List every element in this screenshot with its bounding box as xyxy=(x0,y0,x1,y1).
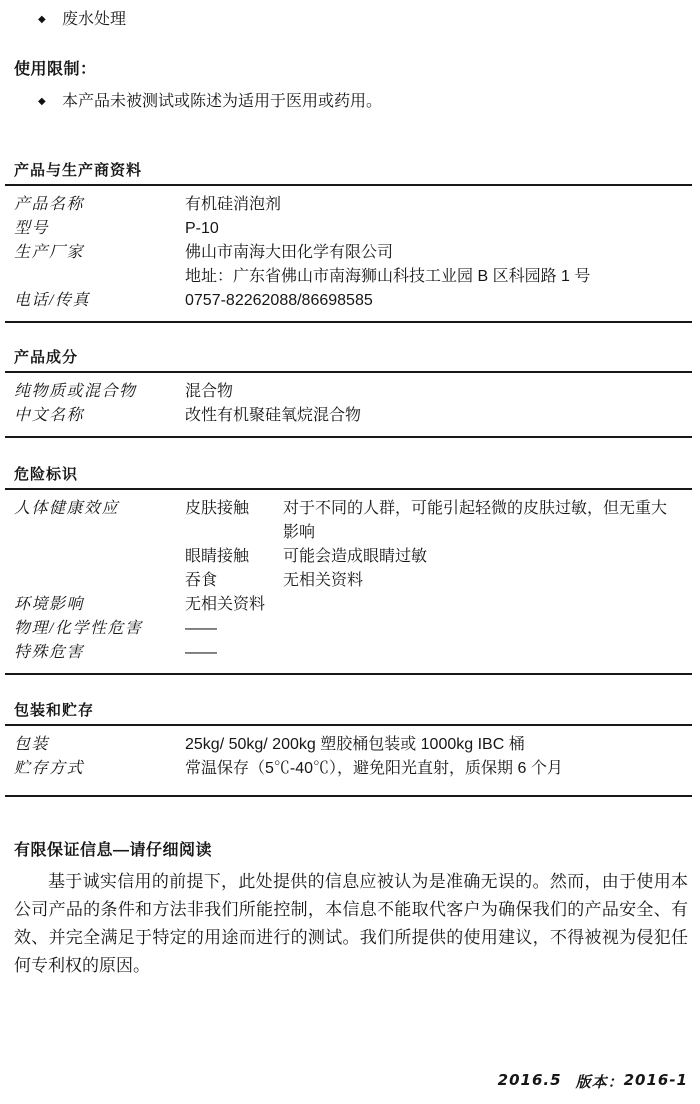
usage-restrictions-heading: 使用限制： xyxy=(14,60,700,80)
table-row: 型号 P-10 xyxy=(14,217,692,241)
row-value: 地址：广东省佛山市南海狮山科技工业园 B 区科园路 1 号 xyxy=(185,265,692,289)
section-rows: 产品名称 有机硅消泡剂 型号 P-10 生产厂家 佛山市南海大田化学有限公司 地… xyxy=(0,186,700,321)
list-item-text: 废水处理 xyxy=(62,10,126,30)
limited-warranty-section: 有限保证信息—请仔细阅读 基于诚实信用的前提下，此处提供的信息应被认为是准确无误… xyxy=(0,841,700,980)
row-subcategory: 皮肤接触 xyxy=(185,497,283,521)
footer-date: 2016.5 xyxy=(498,1071,562,1092)
section-rows: 人体健康效应 皮肤接触 对于不同的人群，可能引起轻微的皮肤过敏，但无重大影响 眼… xyxy=(0,490,700,673)
row-label: 生产厂家 xyxy=(14,241,185,265)
list-item-text: 本产品未被测试或陈述为适用于医用或药用。 xyxy=(62,92,382,112)
row-label: 特殊危害 xyxy=(14,641,185,665)
divider-rule xyxy=(5,795,692,797)
section-composition: 产品成分 纯物质或混合物 混合物 中文名称 改性有机聚硅氧烷混合物 xyxy=(0,349,700,438)
table-row: 中文名称 改性有机聚硅氧烷混合物 xyxy=(14,404,692,428)
footer-version-number: 2016-1 xyxy=(624,1071,688,1092)
section-hazard-identification: 危险标识 人体健康效应 皮肤接触 对于不同的人群，可能引起轻微的皮肤过敏，但无重… xyxy=(0,466,700,675)
document-page: ◆ 废水处理 使用限制： ◆ 本产品未被测试或陈述为适用于医用或药用。 产品与生… xyxy=(0,0,700,1104)
diamond-bullet-icon: ◆ xyxy=(38,10,62,30)
table-row: 电话/传真 0757-82262088/86698585 xyxy=(14,289,692,313)
warranty-paragraph: 基于诚实信用的前提下，此处提供的信息应被认为是准确无误的。然而，由于使用本公司产… xyxy=(14,868,688,980)
table-row: 包装 25kg/ 50kg/ 200kg 塑胶桶包装或 1000kg IBC 桶 xyxy=(14,733,692,757)
table-row: 生产厂家 佛山市南海大田化学有限公司 xyxy=(14,241,692,265)
row-value: 改性有机聚硅氧烷混合物 xyxy=(185,404,692,428)
divider-rule xyxy=(5,321,692,323)
row-value: P-10 xyxy=(185,217,692,241)
row-label: 人体健康效应 xyxy=(14,497,185,521)
divider-rule xyxy=(5,673,692,675)
document-footer: 2016.5 版本：2016-1 xyxy=(498,1071,688,1092)
footer-version: 版本：2016-1 xyxy=(576,1071,688,1092)
warranty-heading: 有限保证信息—请仔细阅读 xyxy=(14,841,700,860)
row-subcategory: —— xyxy=(185,617,283,641)
table-row: 地址：广东省佛山市南海狮山科技工业园 B 区科园路 1 号 xyxy=(14,265,692,289)
row-label: 包装 xyxy=(14,733,185,757)
row-label: 型号 xyxy=(14,217,185,241)
row-value: 对于不同的人群，可能引起轻微的皮肤过敏，但无重大影响 xyxy=(283,497,681,545)
section-title: 包装和贮存 xyxy=(14,702,700,719)
row-value: 无相关资料 xyxy=(283,569,681,593)
footer-version-label: 版本： xyxy=(576,1071,624,1092)
row-subcategory: 吞食 xyxy=(185,569,283,593)
row-value: 25kg/ 50kg/ 200kg 塑胶桶包装或 1000kg IBC 桶 xyxy=(185,733,692,757)
table-row: 眼睛接触 可能会造成眼睛过敏 xyxy=(14,545,692,569)
table-row: 特殊危害 —— xyxy=(14,641,692,665)
row-subcategory: —— xyxy=(185,641,283,665)
section-rows: 包装 25kg/ 50kg/ 200kg 塑胶桶包装或 1000kg IBC 桶… xyxy=(0,726,700,795)
row-value: 混合物 xyxy=(185,380,692,404)
list-item-restriction: ◆ 本产品未被测试或陈述为适用于医用或药用。 xyxy=(38,92,700,112)
section-packaging-storage: 包装和贮存 包装 25kg/ 50kg/ 200kg 塑胶桶包装或 1000kg… xyxy=(0,702,700,797)
row-value: 有机硅消泡剂 xyxy=(185,193,692,217)
section-title: 产品成分 xyxy=(14,349,700,366)
divider-rule xyxy=(5,436,692,438)
table-row: 贮存方式 常温保存（5℃-40℃），避免阳光直射，质保期 6 个月 xyxy=(14,757,692,781)
row-subcategory: 无相关资料 xyxy=(185,593,283,617)
list-item-wastewater: ◆ 废水处理 xyxy=(38,10,700,30)
row-label: 环境影响 xyxy=(14,593,185,617)
row-subcategory: 眼睛接触 xyxy=(185,545,283,569)
section-rows: 纯物质或混合物 混合物 中文名称 改性有机聚硅氧烷混合物 xyxy=(0,373,700,436)
row-label: 物理/化学性危害 xyxy=(14,617,185,641)
row-value: 0757-82262088/86698585 xyxy=(185,289,692,313)
row-value: 可能会造成眼睛过敏 xyxy=(283,545,681,569)
row-label: 中文名称 xyxy=(14,404,185,428)
table-row: 纯物质或混合物 混合物 xyxy=(14,380,692,404)
table-row: 环境影响 无相关资料 xyxy=(14,593,692,617)
row-label: 电话/传真 xyxy=(14,289,185,313)
row-label: 贮存方式 xyxy=(14,757,185,781)
diamond-bullet-icon: ◆ xyxy=(38,92,62,112)
row-label: 产品名称 xyxy=(14,193,185,217)
row-value: 佛山市南海大田化学有限公司 xyxy=(185,241,692,265)
table-row: 物理/化学性危害 —— xyxy=(14,617,692,641)
section-product-manufacturer: 产品与生产商资料 产品名称 有机硅消泡剂 型号 P-10 生产厂家 佛山市南海大… xyxy=(0,162,700,323)
table-row: 人体健康效应 皮肤接触 对于不同的人群，可能引起轻微的皮肤过敏，但无重大影响 xyxy=(14,497,692,545)
section-title: 危险标识 xyxy=(14,466,700,483)
row-value: 常温保存（5℃-40℃），避免阳光直射，质保期 6 个月 xyxy=(185,757,692,781)
row-label: 纯物质或混合物 xyxy=(14,380,185,404)
section-title: 产品与生产商资料 xyxy=(14,162,700,179)
table-row: 吞食 无相关资料 xyxy=(14,569,692,593)
table-row: 产品名称 有机硅消泡剂 xyxy=(14,193,692,217)
